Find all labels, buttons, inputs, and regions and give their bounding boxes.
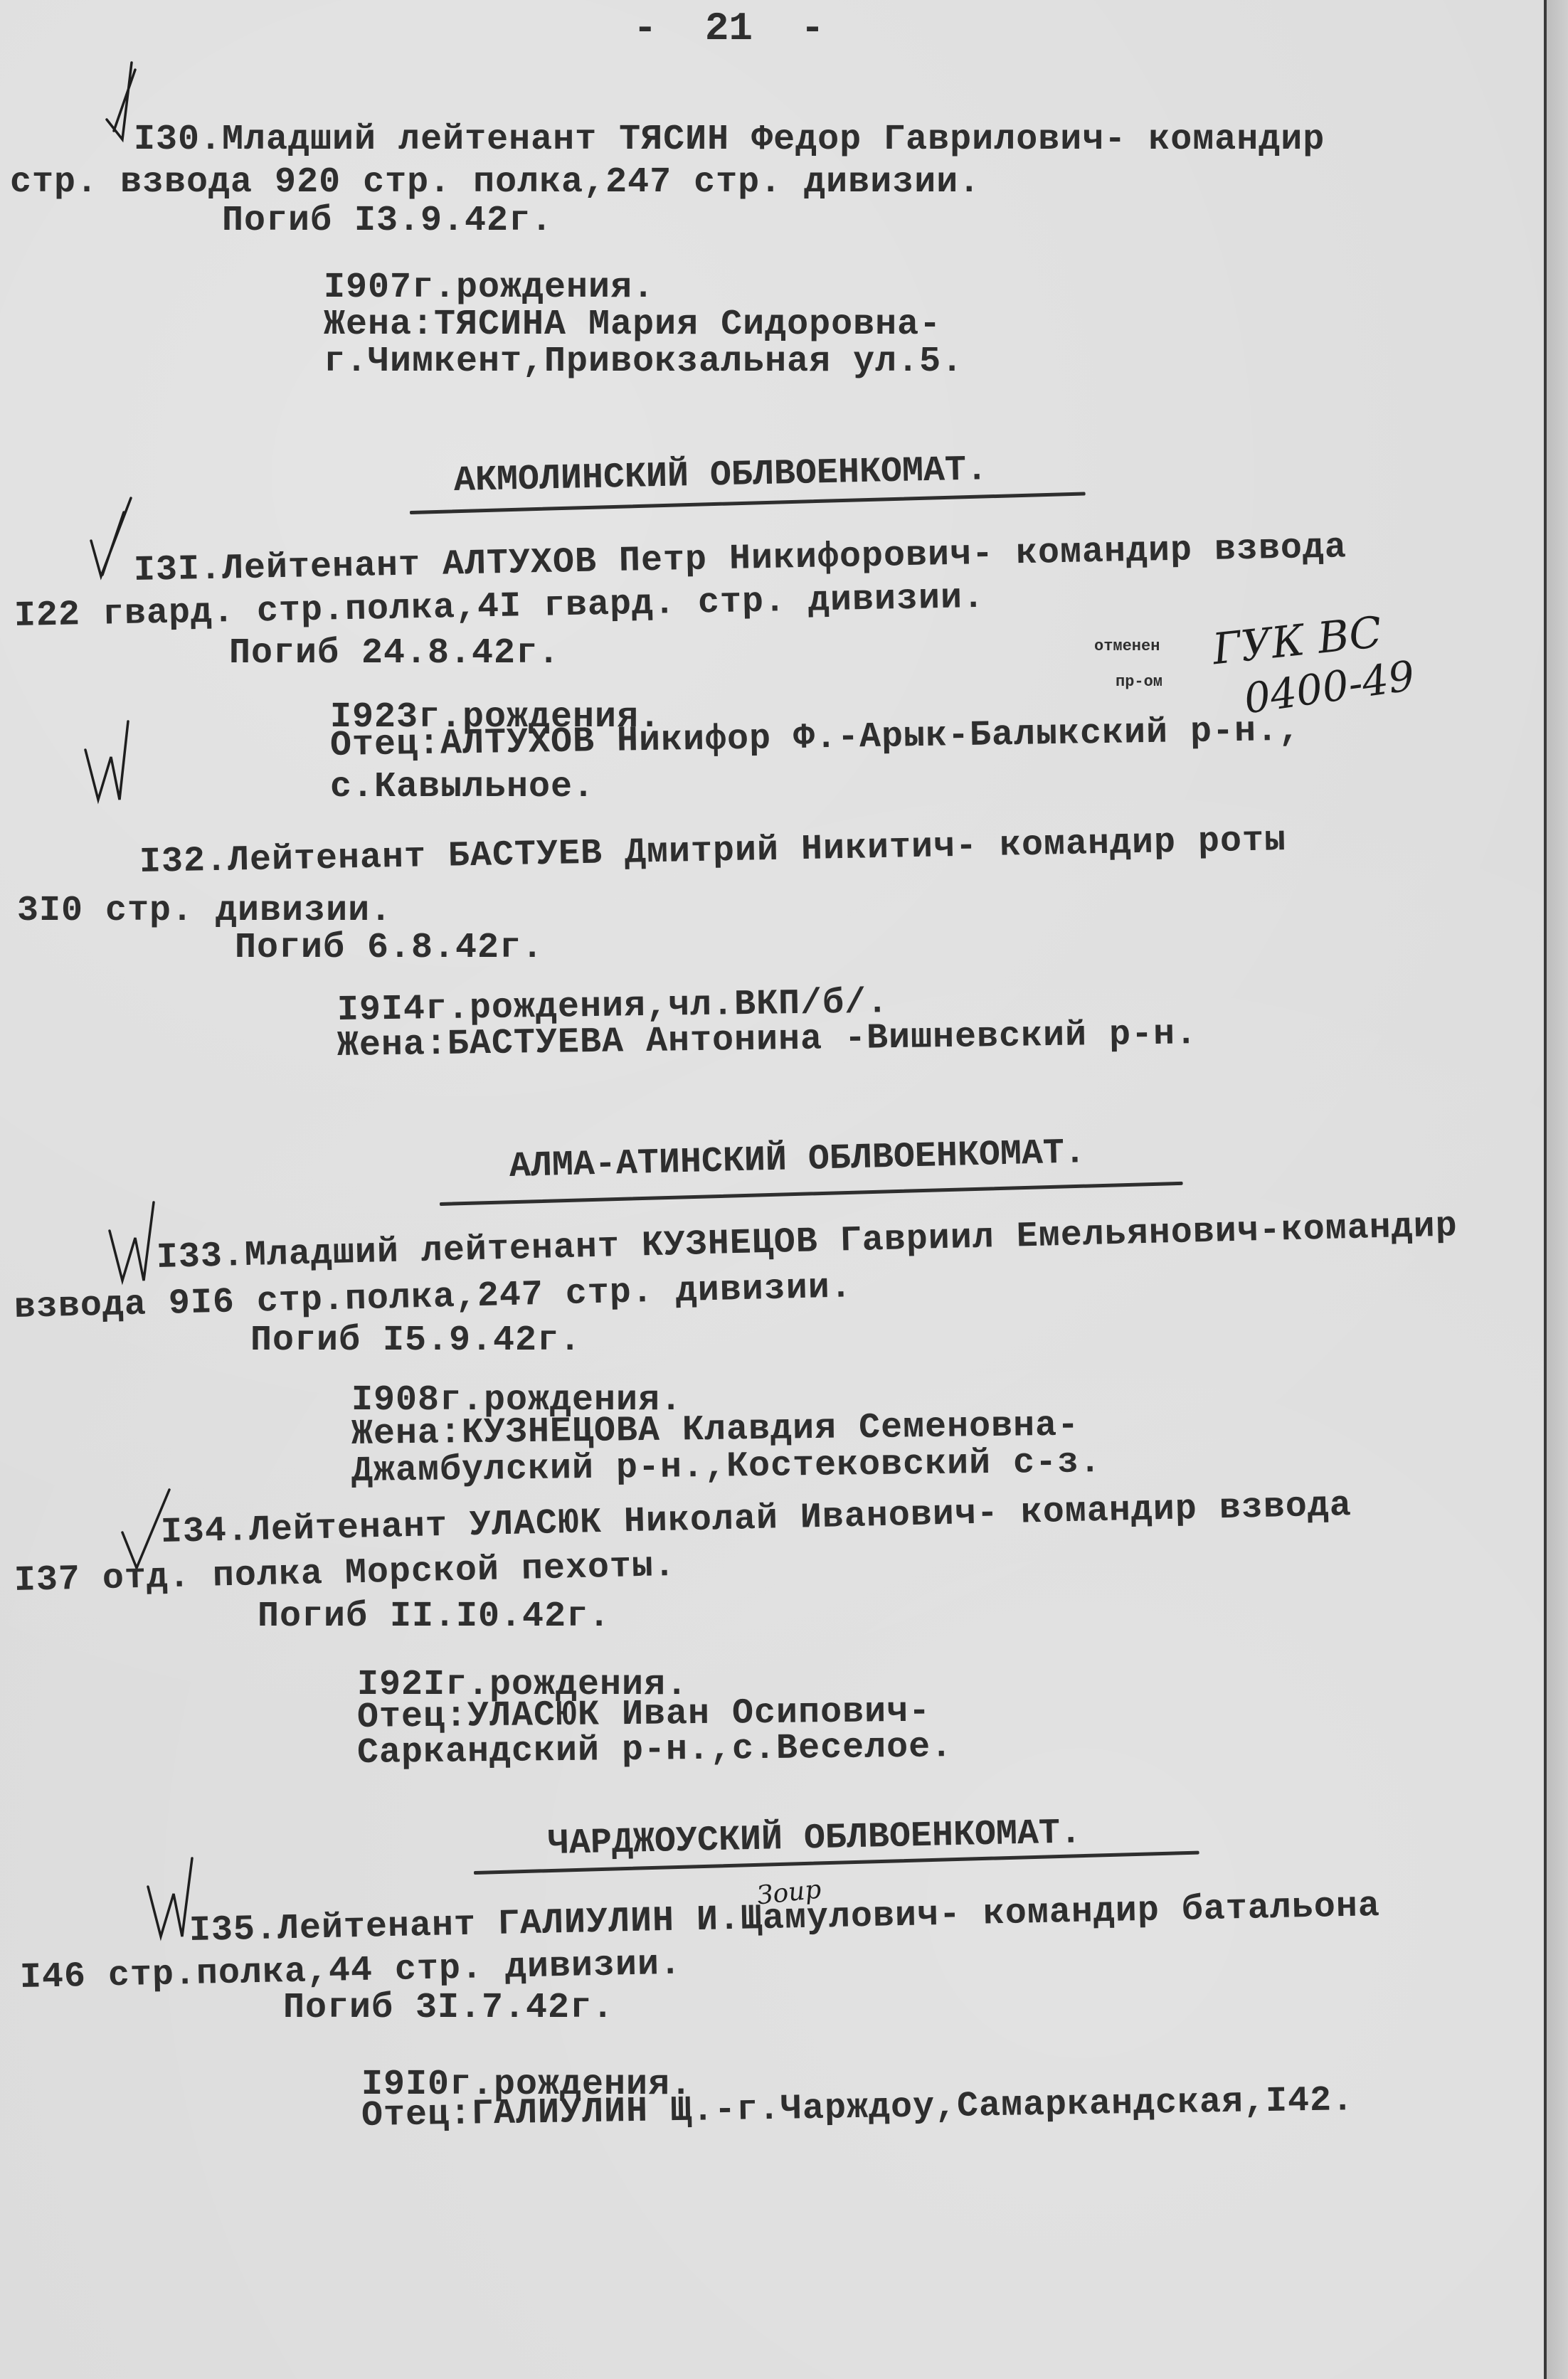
entry-135-death-date: Погиб 3I.7.42г. (283, 1991, 614, 2026)
page-number: - 21 - (633, 6, 825, 51)
entry-133-address: Джамбулский р-н.,Костековский с-з. (351, 1445, 1102, 1490)
entry-132-relative: Жена:БАСТУЕВА Антонина -Вишневский р-н. (337, 1017, 1198, 1064)
check-mark-icon (83, 721, 132, 800)
entry-135-line-1: I35.Лейтенант ГАЛИУЛИН И.Щамулович- кома… (189, 1889, 1380, 1949)
underlying-page (1547, 0, 1568, 2379)
entry-130-birth: I907г.рождения. (324, 270, 655, 306)
entry-134-death-date: Погиб II.I0.42г. (258, 1599, 610, 1635)
entry-130-line-1: I30.Младший лейтенант ТЯСИН Федор Гаврил… (134, 122, 1325, 158)
entry-133-death-date: Погиб I5.9.42г. (250, 1323, 581, 1359)
annotation-typed-cancelled: отменен (1094, 637, 1160, 655)
section-heading-akmolinsky: АКМОЛИНСКИЙ ОБЛВОЕНКОМАТ. (453, 452, 987, 499)
entry-131-death-date: Погиб 24.8.42г. (229, 636, 560, 672)
entry-132-death-date: Погиб 6.8.42г. (235, 931, 544, 966)
section-heading-chardzhou: ЧАРДЖОУСКИЙ ОБЛВОЕНКОМАТ. (547, 1816, 1081, 1863)
entry-132-line-2: 3I0 стр. дивизии. (17, 894, 392, 929)
entry-134-line-2: I37 отд. полка Морской пехоты. (14, 1549, 676, 1599)
entry-132-line-1: I32.Лейтенант БАСТУЕВ Дмитрий Никитич- к… (139, 823, 1287, 881)
entry-134-address: Саркандский р-н.,с.Веселое. (357, 1729, 953, 1771)
entry-133-line-1: I33.Младший лейтенант КУЗНЕЦОВ Гавриил Е… (156, 1209, 1458, 1276)
section-heading-alma-ata: АЛМА-АТИНСКИЙ ОБЛВОЕНКОМАТ. (509, 1135, 1086, 1185)
entry-130-death-date: Погиб I3.9.42г. (222, 203, 553, 239)
page-edge (1544, 0, 1547, 2379)
entry-131-address: с.Кавыльное. (330, 770, 595, 805)
entry-134-line-1: I34.Лейтенант УЛАСЮК Николай Иванович- к… (160, 1488, 1352, 1551)
check-mark-icon (145, 1858, 195, 1936)
document-page: - 21 - I30.Младший лейтенант ТЯСИН Федор… (0, 0, 1545, 2379)
annotation-typed-order: пр-ом (1116, 673, 1162, 691)
entry-130-line-2: стр. взвода 920 стр. полка,247 стр. диви… (10, 165, 980, 201)
entry-130-relative: Жена:ТЯСИНА Мария Сидоровна- (324, 307, 941, 343)
check-mark-icon (107, 1202, 157, 1281)
check-mark-icon (88, 498, 138, 576)
entry-130-address: г.Чимкент,Привокзальная ул.5. (324, 344, 963, 380)
entry-131-line-1: I3I.Лейтенант АЛТУХОВ Петр Никифорович- … (134, 530, 1347, 589)
